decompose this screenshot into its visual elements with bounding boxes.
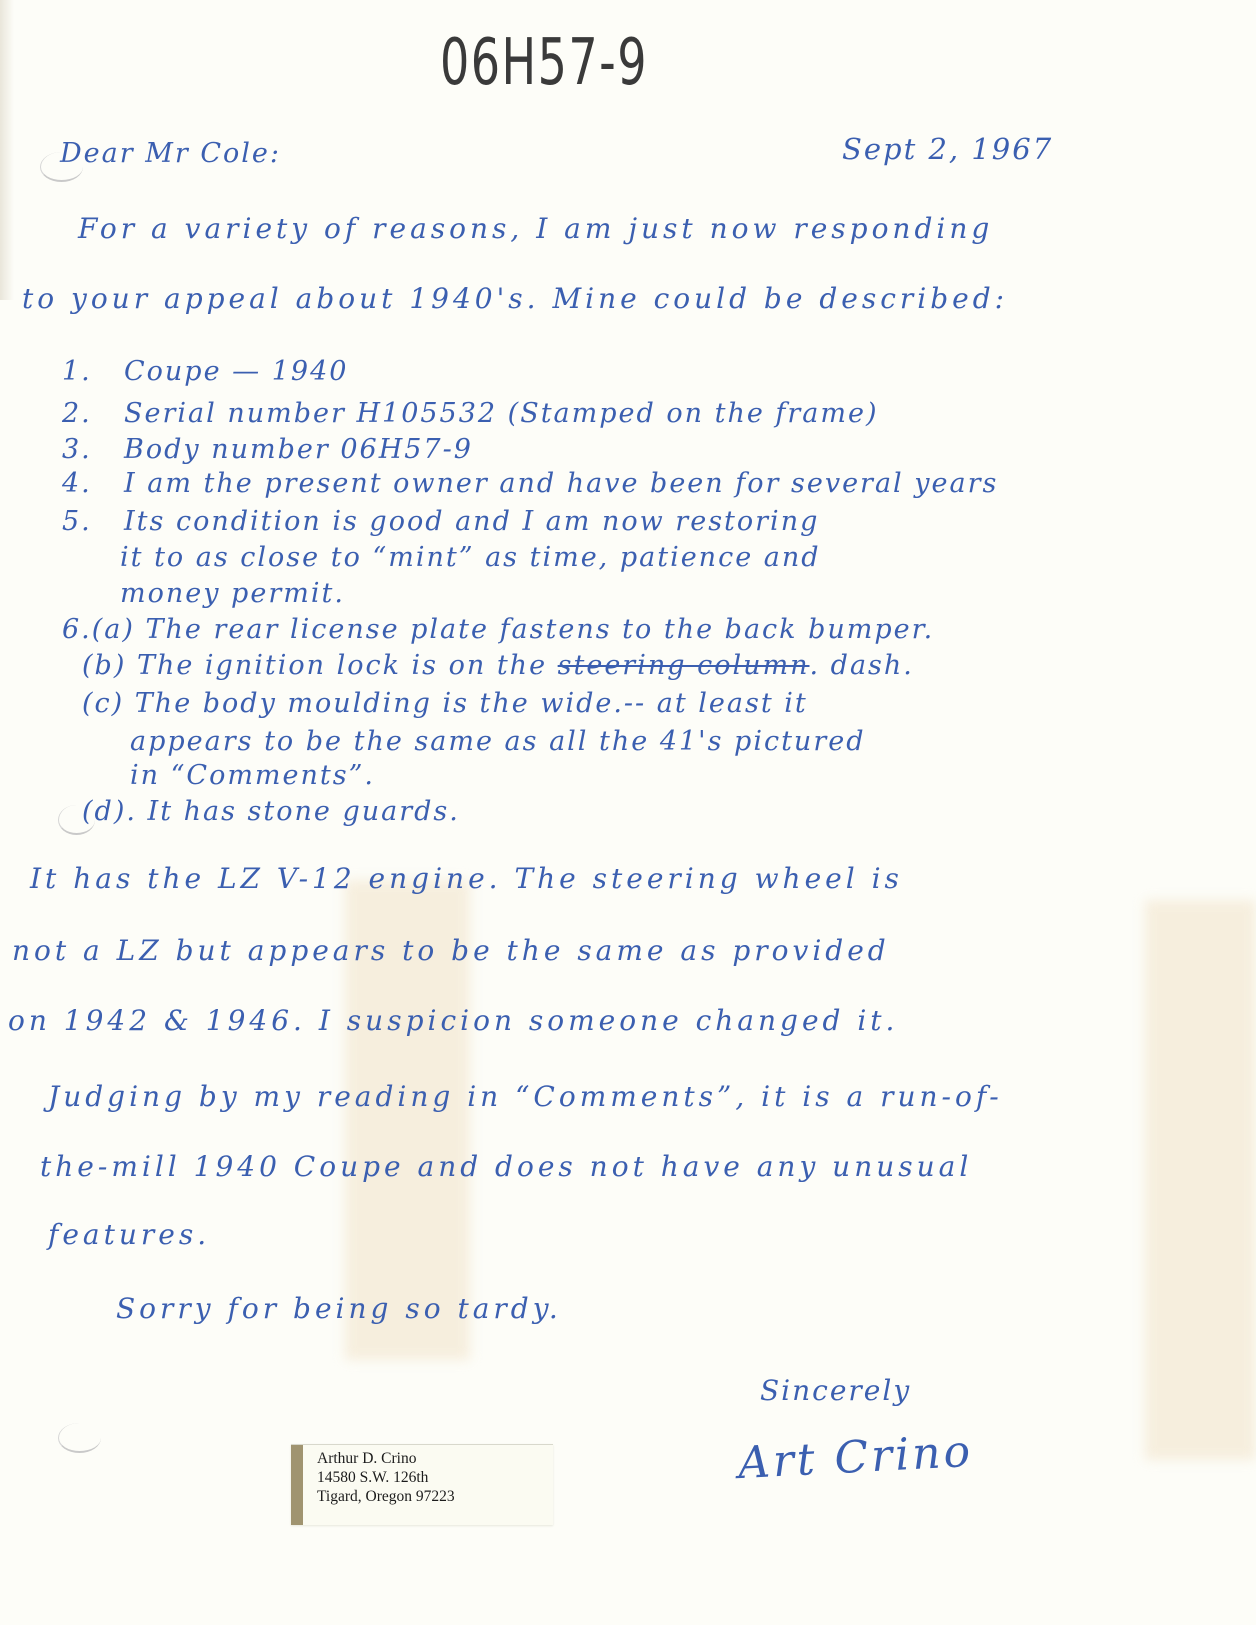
list-item-6c-continued: in “Comments”. <box>130 760 375 791</box>
letter-date: Sept 2, 1967 <box>842 132 1053 166</box>
sub-label: (d). <box>82 796 137 827</box>
address-city: Tigard, Oregon 97223 <box>317 1487 455 1506</box>
list-item-6a: 6.(a) The rear license plate fastens to … <box>62 614 934 645</box>
list-number: 6. <box>62 614 92 645</box>
list-number: 2. <box>62 398 124 429</box>
salutation: Dear Mr Cole: <box>60 138 281 169</box>
list-text: Body number 06H57-9 <box>124 434 473 465</box>
list-item-6b: (b) The ignition lock is on the steering… <box>82 650 914 681</box>
list-text: . dash. <box>810 650 914 681</box>
list-item-2: 2.Serial number H105532 (Stamped on the … <box>62 398 879 429</box>
paragraph-line: Judging by my reading in “Comments”, it … <box>48 1080 1003 1113</box>
list-number: 5. <box>62 506 124 537</box>
address-name: Arthur D. Crino <box>317 1449 455 1468</box>
list-text: It has stone guards. <box>148 796 460 827</box>
paragraph-line: not a LZ but appears to be the same as p… <box>12 934 890 967</box>
list-item-4: 4.I am the present owner and have been f… <box>62 468 998 499</box>
list-text: The ignition lock is on the <box>137 650 547 681</box>
list-text: I am the present owner and have been for… <box>124 468 998 499</box>
list-number: 3. <box>62 434 124 465</box>
list-item-1: 1.Coupe — 1940 <box>62 356 348 387</box>
paper-stain <box>1145 900 1256 1460</box>
list-item-3: 3.Body number 06H57-9 <box>62 434 473 465</box>
list-text: Its condition is good and I am now resto… <box>124 506 819 537</box>
list-number: 1. <box>62 356 124 387</box>
paragraph-line: features. <box>48 1218 210 1251</box>
list-text: The rear license plate fastens to the ba… <box>146 614 935 645</box>
paper-edge-shadow <box>0 0 14 300</box>
sub-label: (a) <box>92 614 135 645</box>
closing: Sincerely <box>760 1374 911 1407</box>
sub-label: (b) <box>82 650 126 681</box>
paragraph-line: the-mill 1940 Coupe and does not have an… <box>40 1150 972 1183</box>
label-color-bar <box>291 1445 303 1525</box>
sub-label: (c) <box>82 688 124 719</box>
paper-tear-mark <box>58 1423 101 1453</box>
list-item-5-continued: money permit. <box>120 578 345 609</box>
address-label: Arthur D. Crino 14580 S.W. 126th Tigard,… <box>291 1444 553 1525</box>
list-item-5-continued: it to as close to “mint” as time, patien… <box>120 542 821 573</box>
list-text: The body moulding is the wide.-- at leas… <box>135 688 808 719</box>
address-street: 14580 S.W. 126th <box>317 1468 455 1487</box>
paragraph-line: on 1942 & 1946. I suspicion someone chan… <box>8 1004 898 1037</box>
list-number: 4. <box>62 468 124 499</box>
paragraph-line: It has the LZ V-12 engine. The steering … <box>30 862 903 895</box>
opening-line: to your appeal about 1940's. Mine could … <box>22 282 1008 315</box>
list-item-5: 5.Its condition is good and I am now res… <box>62 506 819 537</box>
apology-line: Sorry for being so tardy. <box>116 1292 562 1325</box>
list-text: Serial number H105532 (Stamped on the fr… <box>124 398 879 429</box>
list-item-6c-continued: appears to be the same as all the 41's p… <box>130 726 866 757</box>
struck-text: steering column <box>558 650 810 681</box>
address-text: Arthur D. Crino 14580 S.W. 126th Tigard,… <box>317 1449 455 1506</box>
opening-line: For a variety of reasons, I am just now … <box>78 212 993 245</box>
body-number-stamp: 06H57-9 <box>440 26 648 100</box>
list-item-6c: (c) The body moulding is the wide.-- at … <box>82 688 808 719</box>
list-item-6d: (d). It has stone guards. <box>82 796 460 827</box>
list-text: Coupe — 1940 <box>124 356 348 387</box>
